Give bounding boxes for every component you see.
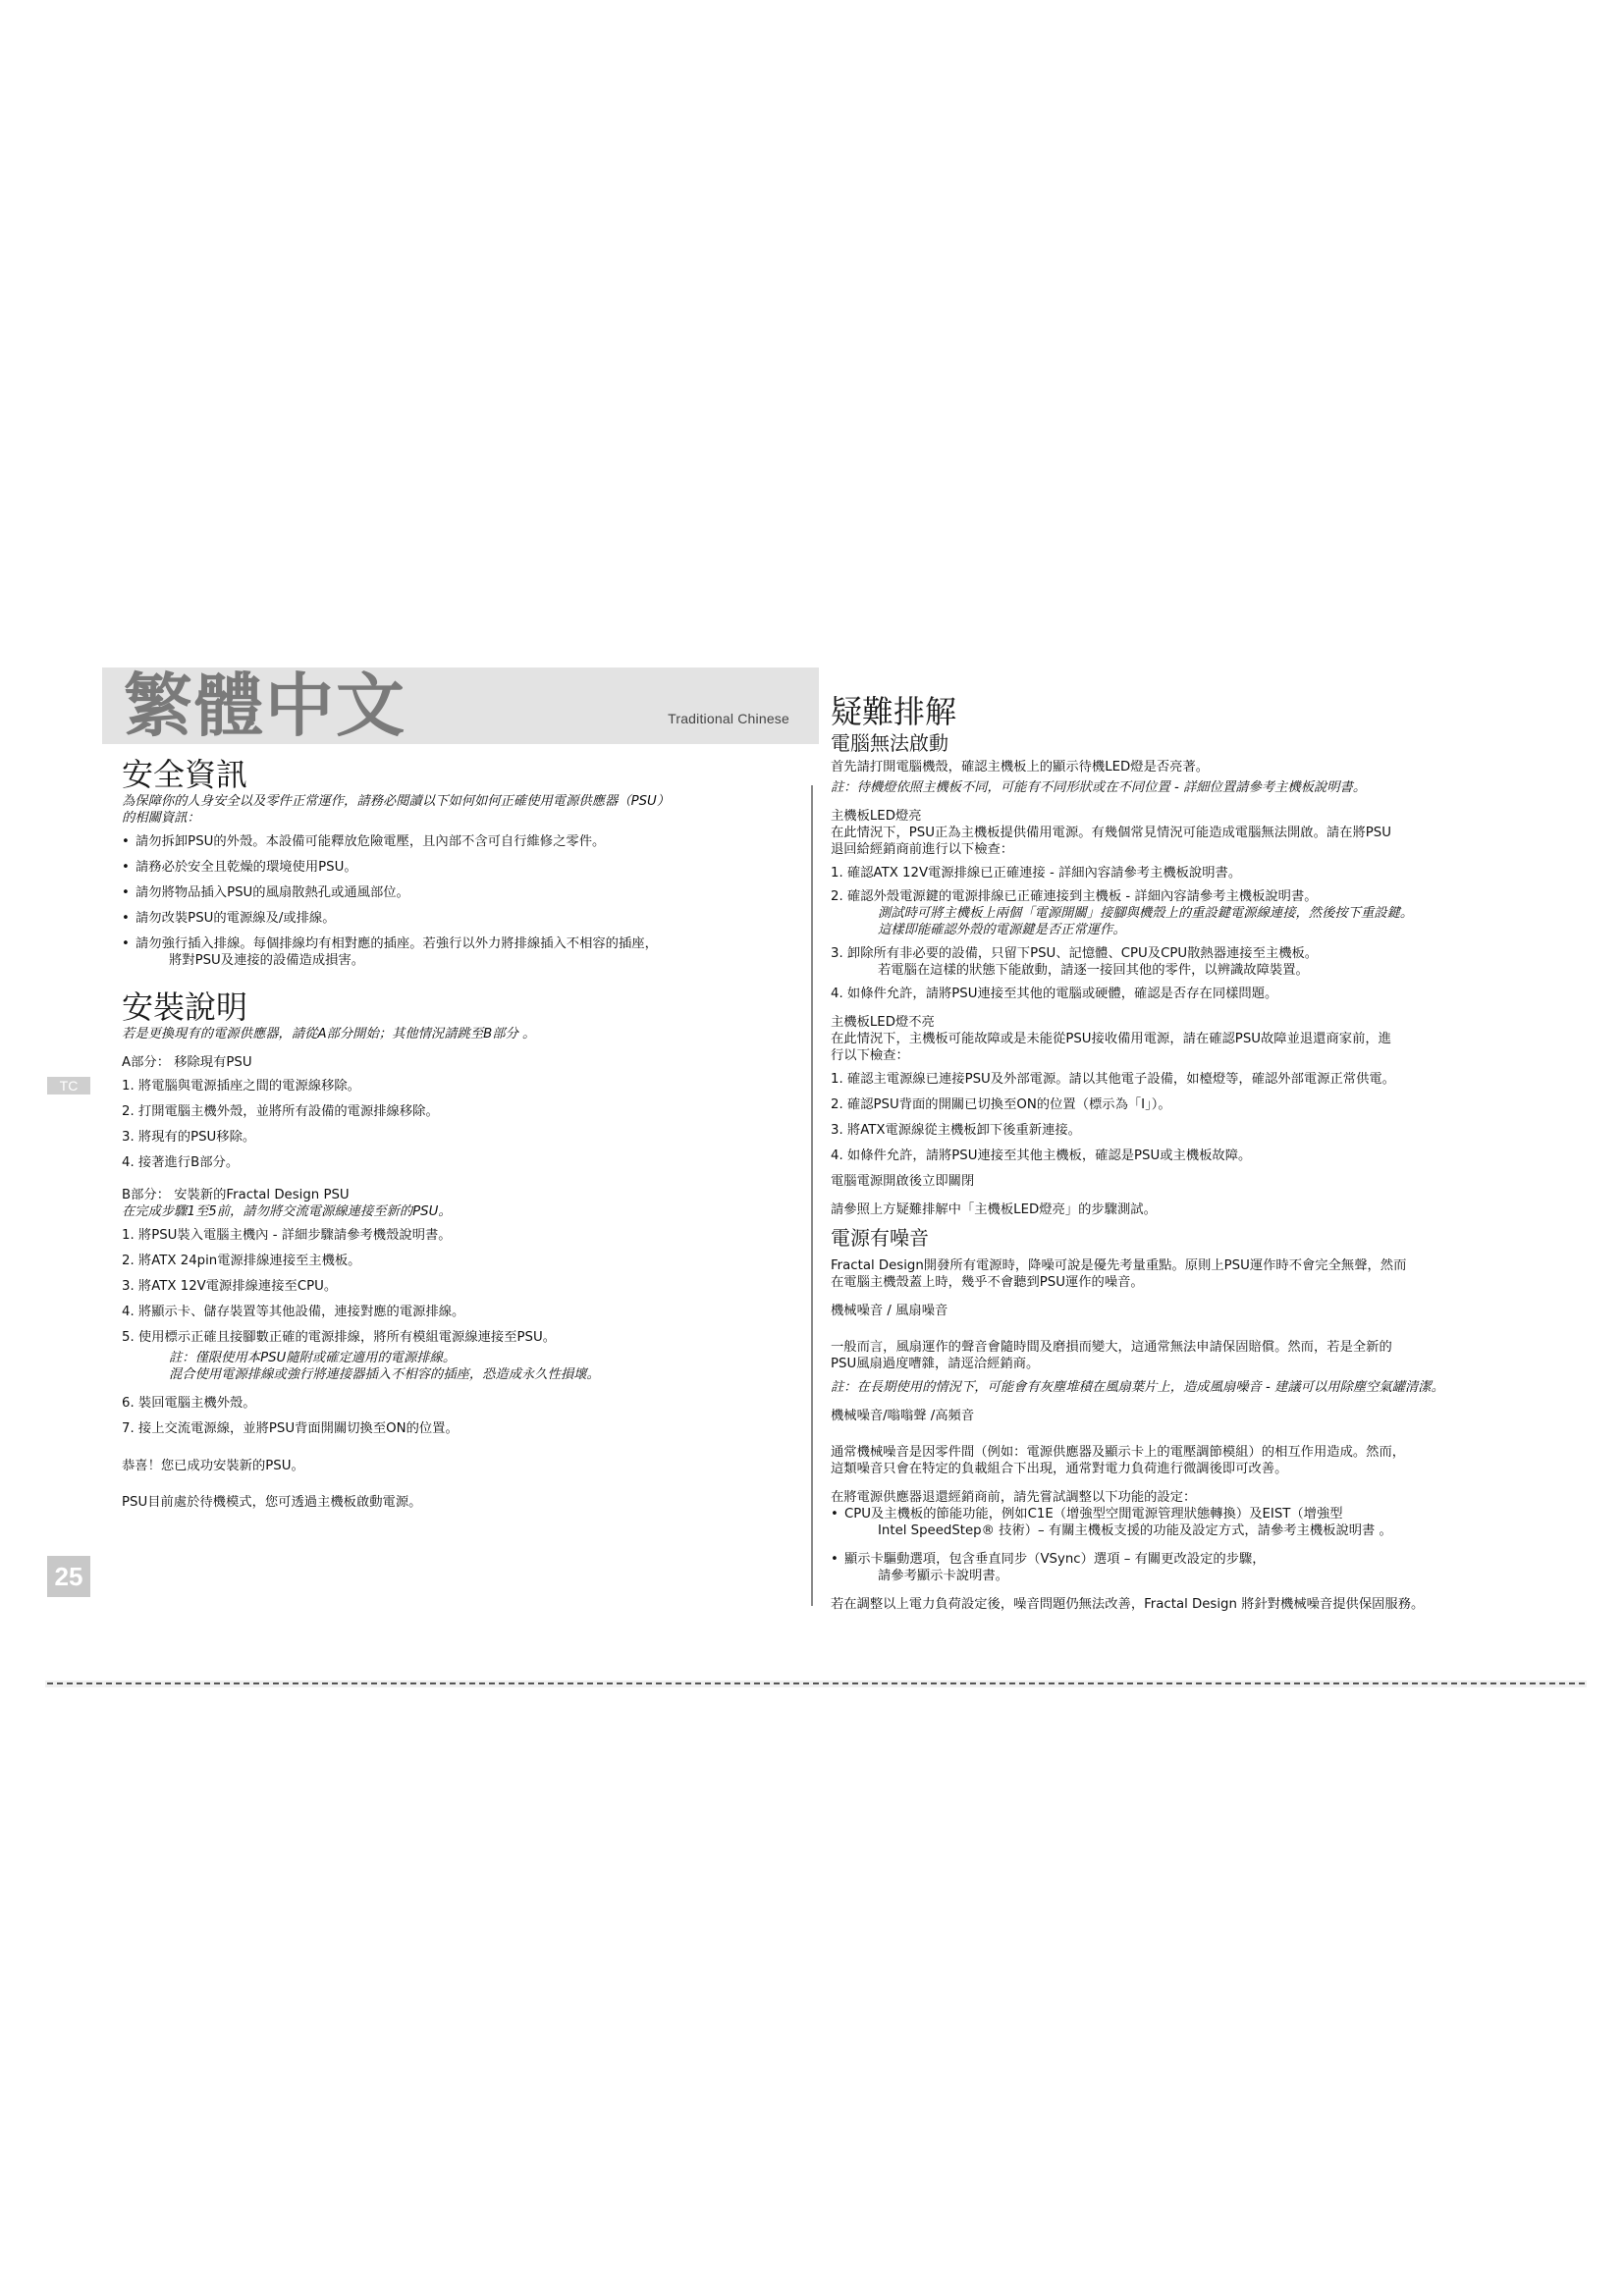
led-off-text-cont: 行以下檢查： <box>831 1047 1508 1064</box>
shutdown-text: 請參照上方疑難排解中「主機板LED燈亮」的步驟測試。 <box>831 1201 1508 1218</box>
settings-item-cont: 請參考顯示卡說明書。 <box>831 1568 1508 1584</box>
part-b-step: 2. 將ATX 24pin電源排線連接至主機板。 <box>122 1253 789 1269</box>
led-off-title: 主機板LED燈不亮 <box>831 1014 1508 1031</box>
install-intro: 若是更換現有的電源供應器，請從A部分開始；其他情況請跳至B部分 。 <box>122 1026 789 1042</box>
part-b-note: 註：僅限使用本PSU隨附或確定適用的電源排線。 <box>122 1350 789 1366</box>
led-on-step-note: 測試時可將主機板上兩個「電源開關」接腳與機殼上的重設鍵電源線連接，然後按下重設鍵… <box>831 905 1508 922</box>
no-boot-title: 電腦無法啟動 <box>831 730 1508 756</box>
standby-text: PSU目前處於待機模式，您可透過主機板啟動電源。 <box>122 1494 789 1511</box>
led-on-step-cont: 若電腦在這樣的狀態下能啟動，請逐一接回其他的零件，以辨識故障裝置。 <box>831 962 1508 979</box>
page-number: 25 <box>47 1556 90 1597</box>
led-on-title: 主機板LED燈亮 <box>831 808 1508 825</box>
led-on-step: 3. 卸除所有非必要的設備，只留下PSU、記憶體、CPU及CPU散熱器連接至主機… <box>831 945 1508 962</box>
no-boot-note: 註：待機燈依照主機板不同，可能有不同形狀或在不同位置 - 詳細位置請參考主機板說… <box>831 779 1508 796</box>
noise-title: 電源有噪音 <box>831 1225 1508 1251</box>
part-b-step: 6. 裝回電腦主機外殼。 <box>122 1395 789 1412</box>
safety-item: 請務必於安全且乾燥的環境使用PSU。 <box>122 859 789 876</box>
part-b-steps-final: 6. 裝回電腦主機外殼。 7. 接上交流電源線，並將PSU背面開關切換至ON的位… <box>122 1395 789 1437</box>
fan-noise-note: 註：在長期使用的情況下，可能會有灰塵堆積在風扇葉片上，造成風扇噪音 - 建議可以… <box>831 1379 1508 1396</box>
part-b-title: B部分： 安裝新的Fractal Design PSU <box>122 1187 789 1203</box>
safety-intro-cont: 的相關資訊： <box>122 810 789 827</box>
safety-item: 請勿將物品插入PSU的風扇散熱孔或通風部位。 <box>122 884 789 901</box>
led-on-step: 4. 如條件允許，請將PSU連接至其他的電腦或硬體，確認是否存在同樣問題。 <box>831 986 1508 1002</box>
noise-text-cont: 在電腦主機殼蓋上時，幾乎不會聽到PSU運作的噪音。 <box>831 1274 1508 1291</box>
part-a-step: 1. 將電腦與電源插座之間的電源線移除。 <box>122 1078 789 1095</box>
settings-item: CPU及主機板的節能功能，例如C1E（增強型空閒電源管理狀態轉換）及EIST（增… <box>831 1506 1508 1522</box>
led-on-step: 1. 確認ATX 12V電源排線已正確連接 - 詳細內容請參考主機板說明書。 <box>831 865 1508 881</box>
left-column: 安全資訊 為保障你的人身安全以及零件正常運作，請務必閱讀以下如何如何正確使用電源… <box>122 756 789 1511</box>
part-a-title: A部分： 移除現有PSU <box>122 1054 789 1071</box>
safety-list: 請勿拆卸PSU的外殼。本設備可能釋放危險電壓，且內部不含可自行維修之零件。 請務… <box>122 833 789 952</box>
fan-noise-title: 機械噪音 / 風扇噪音 <box>831 1303 1508 1319</box>
safety-item: 請勿改裝PSU的電源線及/或排線。 <box>122 910 789 927</box>
banner-title: 繁體中文 <box>124 666 406 746</box>
part-a-step: 2. 打開電腦主機外殼，並將所有設備的電源排線移除。 <box>122 1103 789 1120</box>
part-b-step: 5. 使用標示正確且接腳數正確的電源排線，將所有模組電源線連接至PSU。 <box>122 1329 789 1346</box>
safety-intro: 為保障你的人身安全以及零件正常運作，請務必閱讀以下如何如何正確使用電源供應器（P… <box>122 793 789 810</box>
language-banner: 繁體中文 Traditional Chinese <box>102 667 819 744</box>
language-tab: TC <box>47 1077 90 1095</box>
part-b-note-cont: 混合使用電源排線或強行將連接器插入不相容的插座，恐造成永久性損壞。 <box>122 1366 789 1383</box>
coil-noise-text-cont: 這類噪音只會在特定的負載組合下出現，通常對電力負荷進行微調後即可改善。 <box>831 1461 1508 1477</box>
shutdown-title: 電腦電源開啟後立即關閉 <box>831 1173 1508 1190</box>
safety-item-text: 請勿強行插入排線。每個排線均有相對應的插座。若強行以外力將排線插入不相容的插座， <box>135 936 658 951</box>
led-off-step: 3. 將ATX電源線從主機板卸下後重新連接。 <box>831 1122 1508 1139</box>
right-column: 疑難排解 電腦無法啟動 首先請打開電腦機殼，確認主機板上的顯示待機LED燈是否亮… <box>831 693 1508 1613</box>
led-on-step-note-cont: 這樣即能確認外殼的電源鍵是否正常運作。 <box>831 922 1508 938</box>
congrats-text: 恭喜！您已成功安裝新的PSU。 <box>122 1458 789 1474</box>
part-a-steps: 1. 將電腦與電源插座之間的電源線移除。 2. 打開電腦主機外殼，並將所有設備的… <box>122 1078 789 1171</box>
noise-text: Fractal Design開發所有電源時，降噪可說是優先考量重點。原則上PSU… <box>831 1257 1508 1274</box>
led-off-step: 2. 確認PSU背面的開關已切換至ON的位置（標示為「I」）。 <box>831 1096 1508 1113</box>
footer-rule <box>47 1682 1585 1684</box>
led-off-steps: 1. 確認主電源線已連接PSU及外部電源。請以其他電子設備，如檯燈等，確認外部電… <box>831 1071 1508 1164</box>
banner-subtitle: Traditional Chinese <box>668 711 789 726</box>
part-a-step: 3. 將現有的PSU移除。 <box>122 1129 789 1146</box>
led-off-text: 在此情況下，主機板可能故障或是未能從PSU接收備用電源，請在確認PSU故障並退還… <box>831 1031 1508 1047</box>
before-return-text: 在將電源供應器退還經銷商前，請先嘗試調整以下功能的設定： <box>831 1489 1508 1506</box>
led-on-text-cont: 退回給經銷商前進行以下檢查： <box>831 841 1508 858</box>
install-heading: 安裝說明 <box>122 988 789 1026</box>
column-divider <box>811 785 813 1606</box>
led-off-step: 4. 如條件允許，請將PSU連接至其他主機板，確認是PSU或主機板故障。 <box>831 1148 1508 1164</box>
led-on-text: 在此情況下，PSU正為主機板提供備用電源。有幾個常見情況可能造成電腦無法開啟。請… <box>831 825 1508 841</box>
part-b-step: 3. 將ATX 12V電源排線連接至CPU。 <box>122 1278 789 1295</box>
settings-list-2: 顯示卡驅動選項，包含垂直同步（VSync）選項 – 有關更改設定的步驟， <box>831 1551 1508 1568</box>
safety-item: 請勿拆卸PSU的外殼。本設備可能釋放危險電壓，且內部不含可自行維修之零件。 <box>122 833 789 850</box>
part-b-step: 1. 將PSU裝入電腦主機內 - 詳細步驟請參考機殼說明書。 <box>122 1227 789 1244</box>
warranty-text: 若在調整以上電力負荷設定後，噪音問題仍無法改善，Fractal Design 將… <box>831 1596 1508 1613</box>
led-off-step: 1. 確認主電源線已連接PSU及外部電源。請以其他電子設備，如檯燈等，確認外部電… <box>831 1071 1508 1088</box>
part-b-warning: 在完成步驟1至5前，請勿將交流電源線連接至新的PSU。 <box>122 1203 789 1220</box>
coil-noise-title: 機械噪音/嗡嗡聲 /高頻音 <box>831 1408 1508 1424</box>
safety-heading: 安全資訊 <box>122 756 789 793</box>
coil-noise-text: 通常機械噪音是因零件間（例如：電源供應器及顯示卡上的電壓調節模組）的相互作用造成… <box>831 1444 1508 1461</box>
safety-item: 請勿強行插入排線。每個排線均有相對應的插座。若強行以外力將排線插入不相容的插座， <box>122 935 789 952</box>
safety-item-cont: 將對PSU及連接的設備造成損害。 <box>122 952 789 969</box>
part-b-step: 4. 將顯示卡、儲存裝置等其他設備，連接對應的電源排線。 <box>122 1304 789 1320</box>
settings-item: 顯示卡驅動選項，包含垂直同步（VSync）選項 – 有關更改設定的步驟， <box>831 1551 1508 1568</box>
fan-noise-text: 一般而言，風扇運作的聲音會隨時間及磨損而變大，這通常無法申請保固賠償。然而，若是… <box>831 1339 1508 1356</box>
no-boot-text: 首先請打開電腦機殼，確認主機板上的顯示待機LED燈是否亮著。 <box>831 759 1508 775</box>
settings-list: CPU及主機板的節能功能，例如C1E（增強型空閒電源管理狀態轉換）及EIST（增… <box>831 1506 1508 1522</box>
part-b-steps: 1. 將PSU裝入電腦主機內 - 詳細步驟請參考機殼說明書。 2. 將ATX 2… <box>122 1227 789 1346</box>
fan-noise-text-cont: PSU風扇過度嘈雜，請逕洽經銷商。 <box>831 1356 1508 1372</box>
part-a-step: 4. 接著進行B部分。 <box>122 1154 789 1171</box>
troubleshoot-heading: 疑難排解 <box>831 693 1508 730</box>
led-on-step: 2. 確認外殼電源鍵的電源排線已正確連接到主機板 - 詳細內容請參考主機板說明書… <box>831 888 1508 905</box>
settings-item-cont: Intel SpeedStep® 技術）– 有關主機板支援的功能及設定方式，請參… <box>831 1522 1508 1539</box>
part-b-step: 7. 接上交流電源線，並將PSU背面開關切換至ON的位置。 <box>122 1420 789 1437</box>
